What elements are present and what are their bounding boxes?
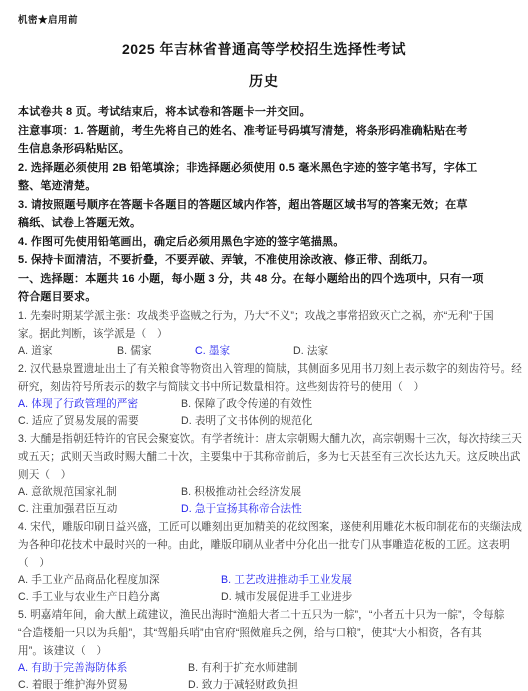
question-text-line: 3. 大酺是指朝廷特许的官民会聚宴饮。有学者统计：唐太宗朝赐大酺九次，高宗朝赐十… (18, 430, 510, 448)
question-text-line: 2. 汉代悬泉置遗址出土了有关粮食等物资出入管理的简牍，其侧面多见用书刀刻上表示… (18, 360, 510, 378)
notice-line: 2. 选择题必须使用 2B 铅笔填涂；非选择题必须使用 0.5 毫米黑色字迹的签… (18, 159, 510, 178)
section-heading-line: 符合题目要求。 (18, 288, 510, 307)
option-row: A. 体现了行政管理的严密 B. 保障了政令传递的有效性 (18, 396, 510, 413)
question-text-line: 用”。该建议（ ） (18, 642, 510, 660)
question-5: 5. 明嘉靖年间，俞大猷上疏建议，渔民出海时“渔船大者二十五只为一䑸”，“小者五… (18, 606, 510, 691)
notice-section: 注意事项：1. 答题前，考生先将自己的姓名、准考证号码填写清楚，将条形码准确粘贴… (18, 122, 510, 270)
option-c: C. 注重加强君臣互动 (18, 501, 181, 518)
classification-label: 机密★启用前 (18, 12, 510, 26)
question-text-line: 或五天；武则天当政时赐大酺二十次，主要集中于其称帝前后，多为七天甚至有三次长达九… (18, 448, 510, 466)
option-row: A. 有助于完善海防体系 B. 有利于扩充水师建制 (18, 660, 510, 677)
section-heading-line: 一、选择题：本题共 16 小题，每小题 3 分，共 48 分。在每小题给出的四个… (18, 270, 510, 289)
question-text-line: 研究，刻齿符号所表示的数字与简牍文书中所记数量相符。这些刻齿符号的使用（ ） (18, 378, 510, 396)
notice-line: 生信息条形码粘贴区。 (18, 140, 510, 159)
option-row: A. 意欲规范国家礼制 B. 积极推动社会经济发展 (18, 484, 510, 501)
question-text-line: 则天（ ） (18, 466, 510, 484)
question-4: 4. 宋代，雕版印刷日益兴盛，工匠可以雕刻出更加精美的花纹图案，遂使利用雕花木板… (18, 518, 510, 606)
exam-note: 本试卷共 8 页。考试结束后，将本试卷和答题卡一并交回。 (18, 103, 510, 122)
option-b: B. 儒家 (117, 343, 195, 360)
notice-line: 注意事项：1. 答题前，考生先将自己的姓名、准考证号码填写清楚，将条形码准确粘贴… (18, 122, 510, 141)
option-d: D. 致力于减轻财政负担 (188, 677, 510, 691)
option-b: B. 积极推动社会经济发展 (181, 484, 510, 501)
option-d: D. 法家 (293, 343, 510, 360)
option-row: A. 道家 B. 儒家 C. 墨家 D. 法家 (18, 343, 510, 360)
option-c: C. 适应了贸易发展的需要 (18, 413, 181, 430)
option-d: D. 表明了文书体例的规范化 (181, 413, 510, 430)
option-a: A. 体现了行政管理的严密 (18, 396, 181, 413)
option-row: C. 注重加强君臣互动 D. 急于宣扬其称帝合法性 (18, 501, 510, 518)
option-row: C. 着眼于维护海外贸易 D. 致力于减轻财政负担 (18, 677, 510, 691)
option-d: D. 急于宣扬其称帝合法性 (181, 501, 510, 518)
option-a: A. 手工业产品商品化程度加深 (18, 572, 221, 589)
option-row: C. 手工业与农业生产日趋分离 D. 城市发展促进手工业进步 (18, 589, 510, 606)
question-text-line: 1. 先秦时期某学派主张：攻战类乎盗贼之行为，乃大“不义”；攻战之事常招致灭亡之… (18, 307, 510, 325)
notice-line: 5. 保持卡面清洁，不要折叠，不要弄破、弄皱，不准使用涂改液、修正带、刮纸刀。 (18, 251, 510, 270)
question-text-line: “合造楼船一只以为兵船”，其“驾船兵哨”由官府“照傚雇兵之例，给与口粮”，使其“… (18, 624, 510, 642)
exam-paper-page: 机密★启用前 2025 年吉林省普通高等学校招生选择性考试 历史 本试卷共 8 … (0, 0, 528, 691)
question-text-line: （ ） (18, 554, 510, 572)
option-c: C. 墨家 (195, 343, 293, 360)
option-c: C. 着眼于维护海外贸易 (18, 677, 188, 691)
question-1: 1. 先秦时期某学派主张：攻战类乎盗贼之行为，乃大“不义”；攻战之事常招致灭亡之… (18, 307, 510, 360)
option-b: B. 有利于扩充水师建制 (188, 660, 510, 677)
section-heading: 一、选择题：本题共 16 小题，每小题 3 分，共 48 分。在每小题给出的四个… (18, 270, 510, 307)
question-3: 3. 大酺是指朝廷特许的官民会聚宴饮。有学者统计：唐太宗朝赐大酺九次，高宗朝赐十… (18, 430, 510, 518)
question-text-line: 家。据此判断，该学派是（ ） (18, 325, 510, 343)
option-b: B. 保障了政令传递的有效性 (181, 396, 510, 413)
notice-line: 稿纸、试卷上答题无效。 (18, 214, 510, 233)
notice-line: 整、笔迹清楚。 (18, 177, 510, 196)
question-text-line: 为各种印花技术中最时兴的一种。由此，雕版印刷从业者中分化出一批专门从事雕造花板的… (18, 536, 510, 554)
option-a: A. 有助于完善海防体系 (18, 660, 188, 677)
option-a: A. 意欲规范国家礼制 (18, 484, 181, 501)
notice-line: 4. 作图可先使用铅笔画出，确定后必须用黑色字迹的签字笔描黑。 (18, 233, 510, 252)
option-d: D. 城市发展促进手工业进步 (221, 589, 510, 606)
page-title: 2025 年吉林省普通高等学校招生选择性考试 (18, 39, 510, 59)
option-b: B. 工艺改进推动手工业发展 (221, 572, 510, 589)
option-c: C. 手工业与农业生产日趋分离 (18, 589, 221, 606)
question-text-line: 5. 明嘉靖年间，俞大猷上疏建议，渔民出海时“渔船大者二十五只为一䑸”，“小者五… (18, 606, 510, 624)
question-2: 2. 汉代悬泉置遗址出土了有关粮食等物资出入管理的简牍，其侧面多见用书刀刻上表示… (18, 360, 510, 430)
question-text-line: 4. 宋代，雕版印刷日益兴盛，工匠可以雕刻出更加精美的花纹图案，遂使利用雕花木板… (18, 518, 510, 536)
subject-title: 历史 (18, 71, 510, 91)
option-a: A. 道家 (18, 343, 117, 360)
notice-line: 3. 请按照题号顺序在答题卡各题目的答题区域内作答，超出答题区域书写的答案无效；… (18, 196, 510, 215)
option-row: A. 手工业产品商品化程度加深 B. 工艺改进推动手工业发展 (18, 572, 510, 589)
option-row: C. 适应了贸易发展的需要 D. 表明了文书体例的规范化 (18, 413, 510, 430)
